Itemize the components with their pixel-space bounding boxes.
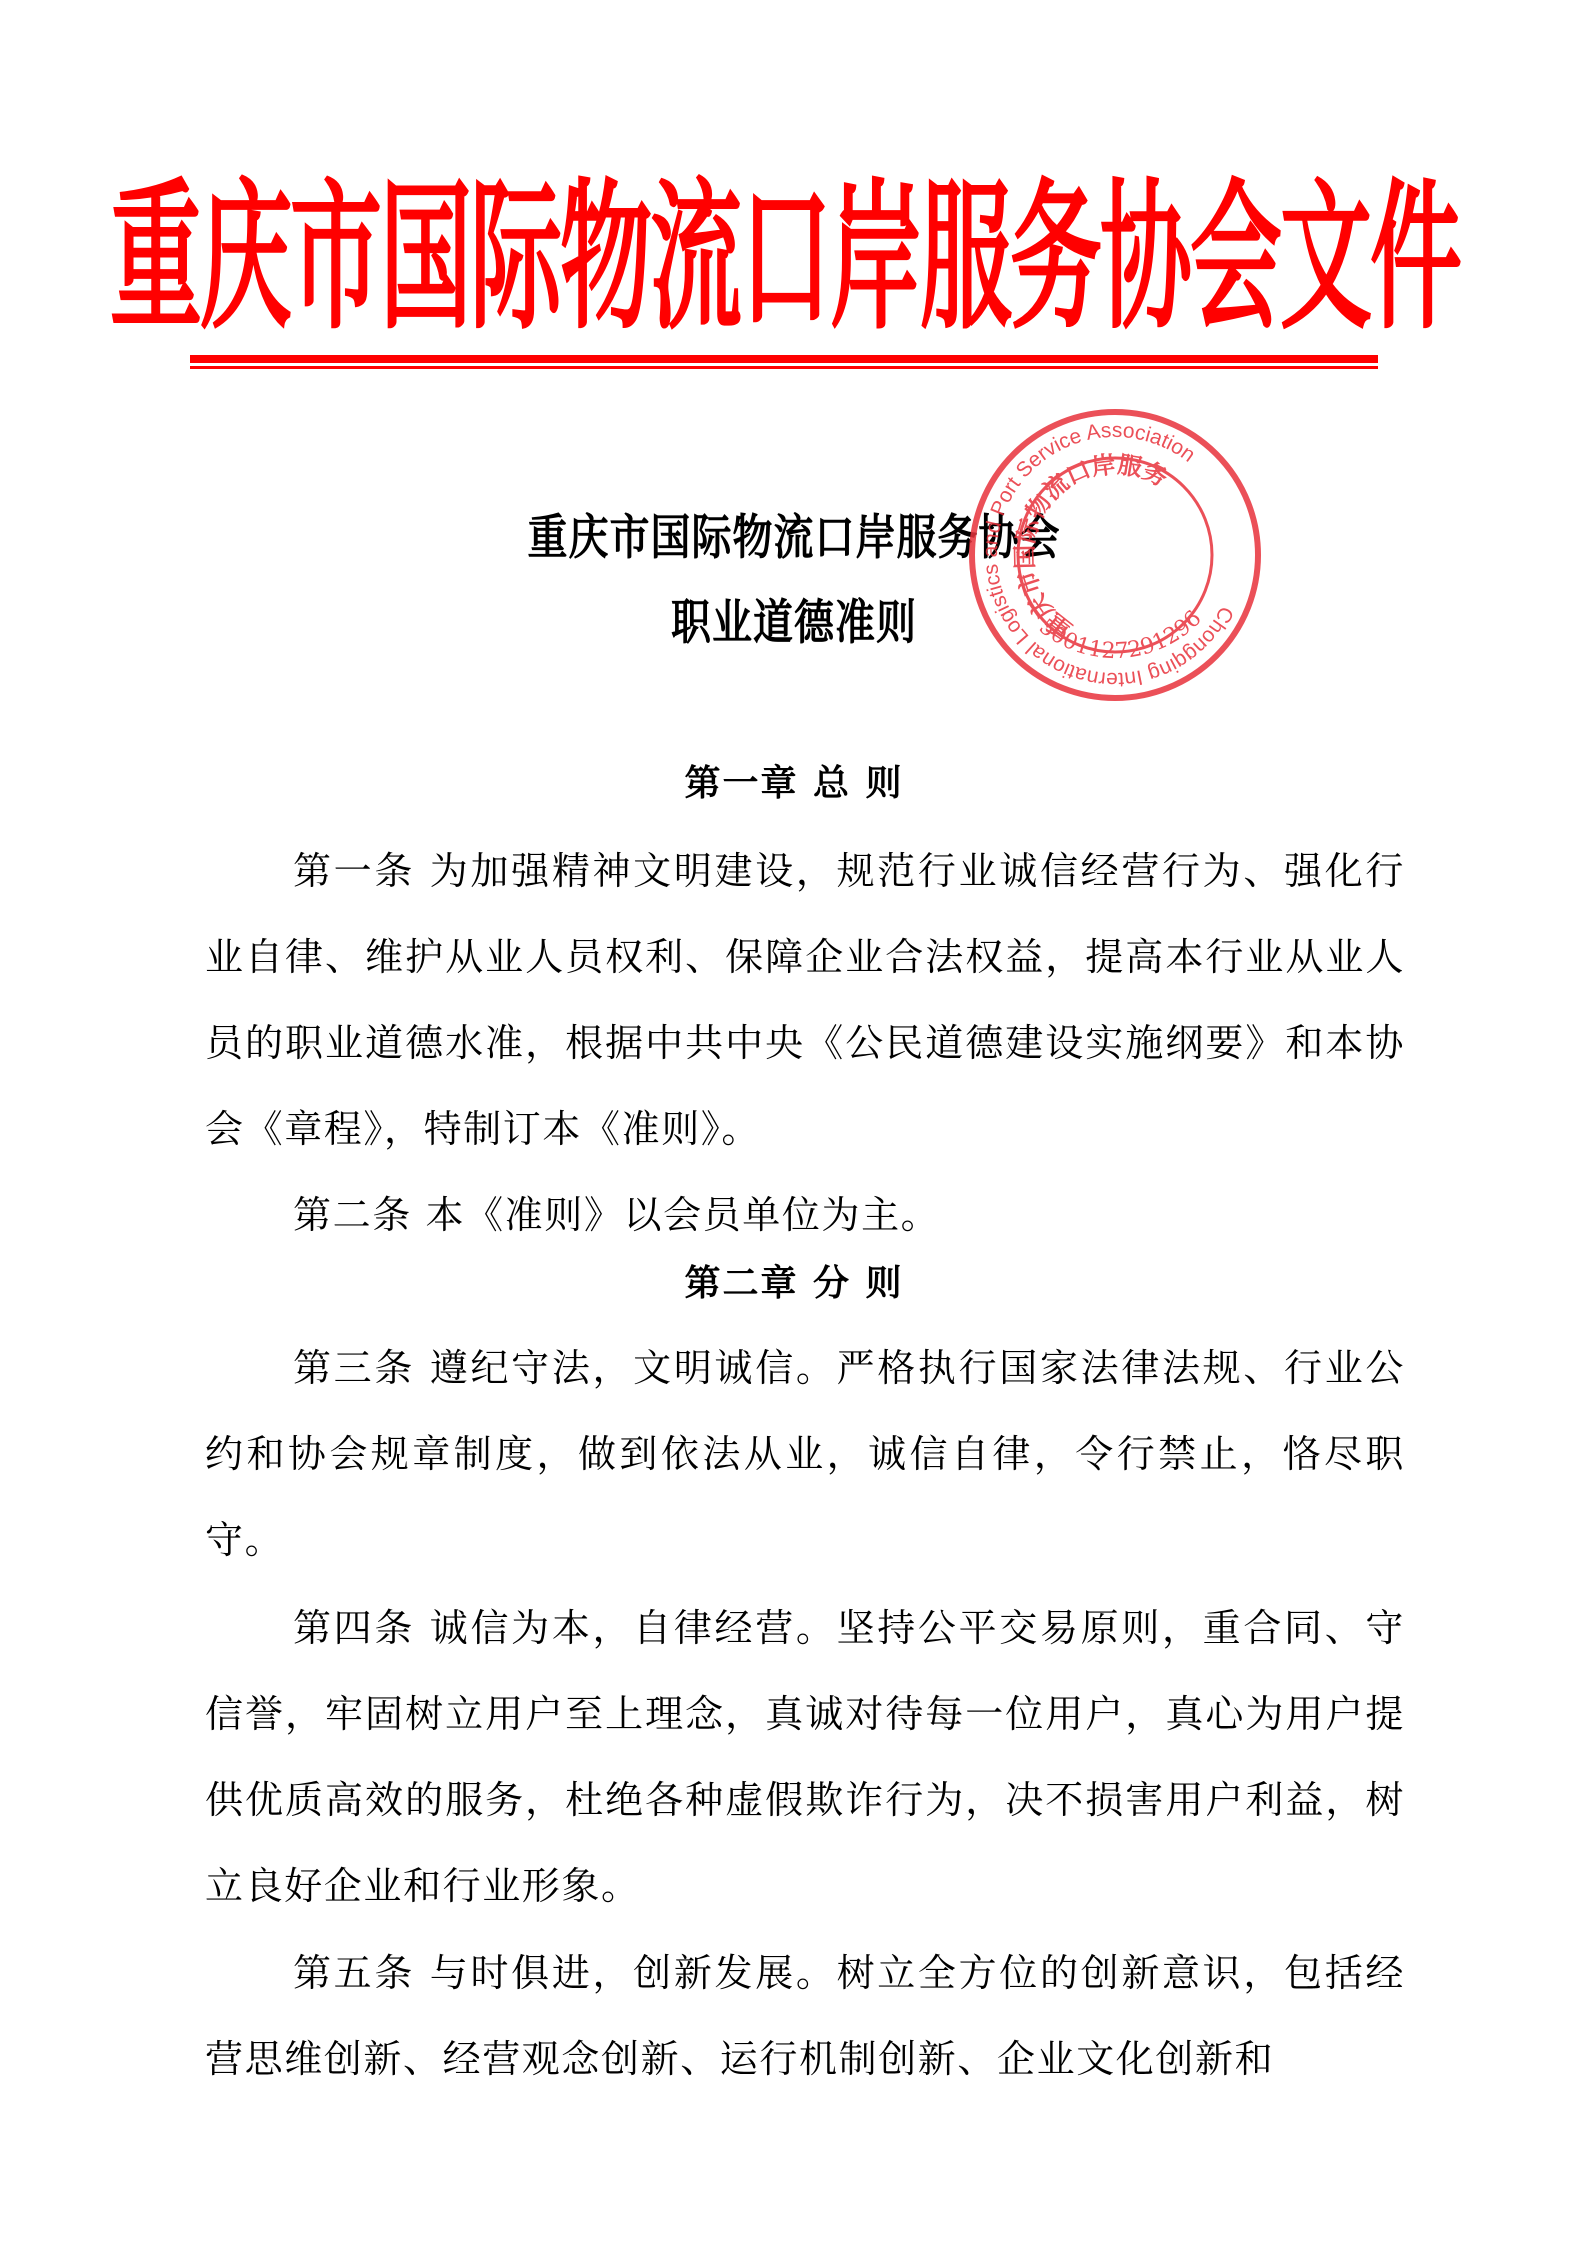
letterhead-rule-thick — [190, 355, 1378, 363]
letterhead-title: 重庆市国际物流口岸服务协会文件 — [190, 150, 1380, 340]
article-5: 第五条 与时俱进，创新发展。树立全方位的创新意识，包括经营思维创新、经营观念创新… — [205, 1930, 1405, 2102]
article-2: 第二条 本《准则》以会员单位为主。 — [205, 1172, 1405, 1258]
letterhead-rule-thin — [190, 366, 1378, 369]
letterhead-title-text: 重庆市国际物流口岸服务协会文件 — [110, 130, 1460, 361]
document-title-line2: 职业道德准则 — [0, 584, 1588, 652]
chapter-2-title: 第二章 分 则 — [0, 1255, 1588, 1306]
article-3: 第三条 遵纪守法，文明诚信。严格执行国家法律法规、行业公约和协会规章制度，做到依… — [205, 1325, 1405, 1583]
article-1: 第一条 为加强精神文明建设，规范行业诚信经营行为、强化行业自律、维护从业人员权利… — [205, 828, 1405, 1172]
chapter-1-title: 第一章 总 则 — [0, 755, 1588, 806]
document-title-line1: 重庆市国际物流口岸服务协会 — [0, 499, 1588, 567]
article-4: 第四条 诚信为本，自律经营。坚持公平交易原则，重合同、守信誉，牢固树立用户至上理… — [205, 1585, 1405, 1929]
